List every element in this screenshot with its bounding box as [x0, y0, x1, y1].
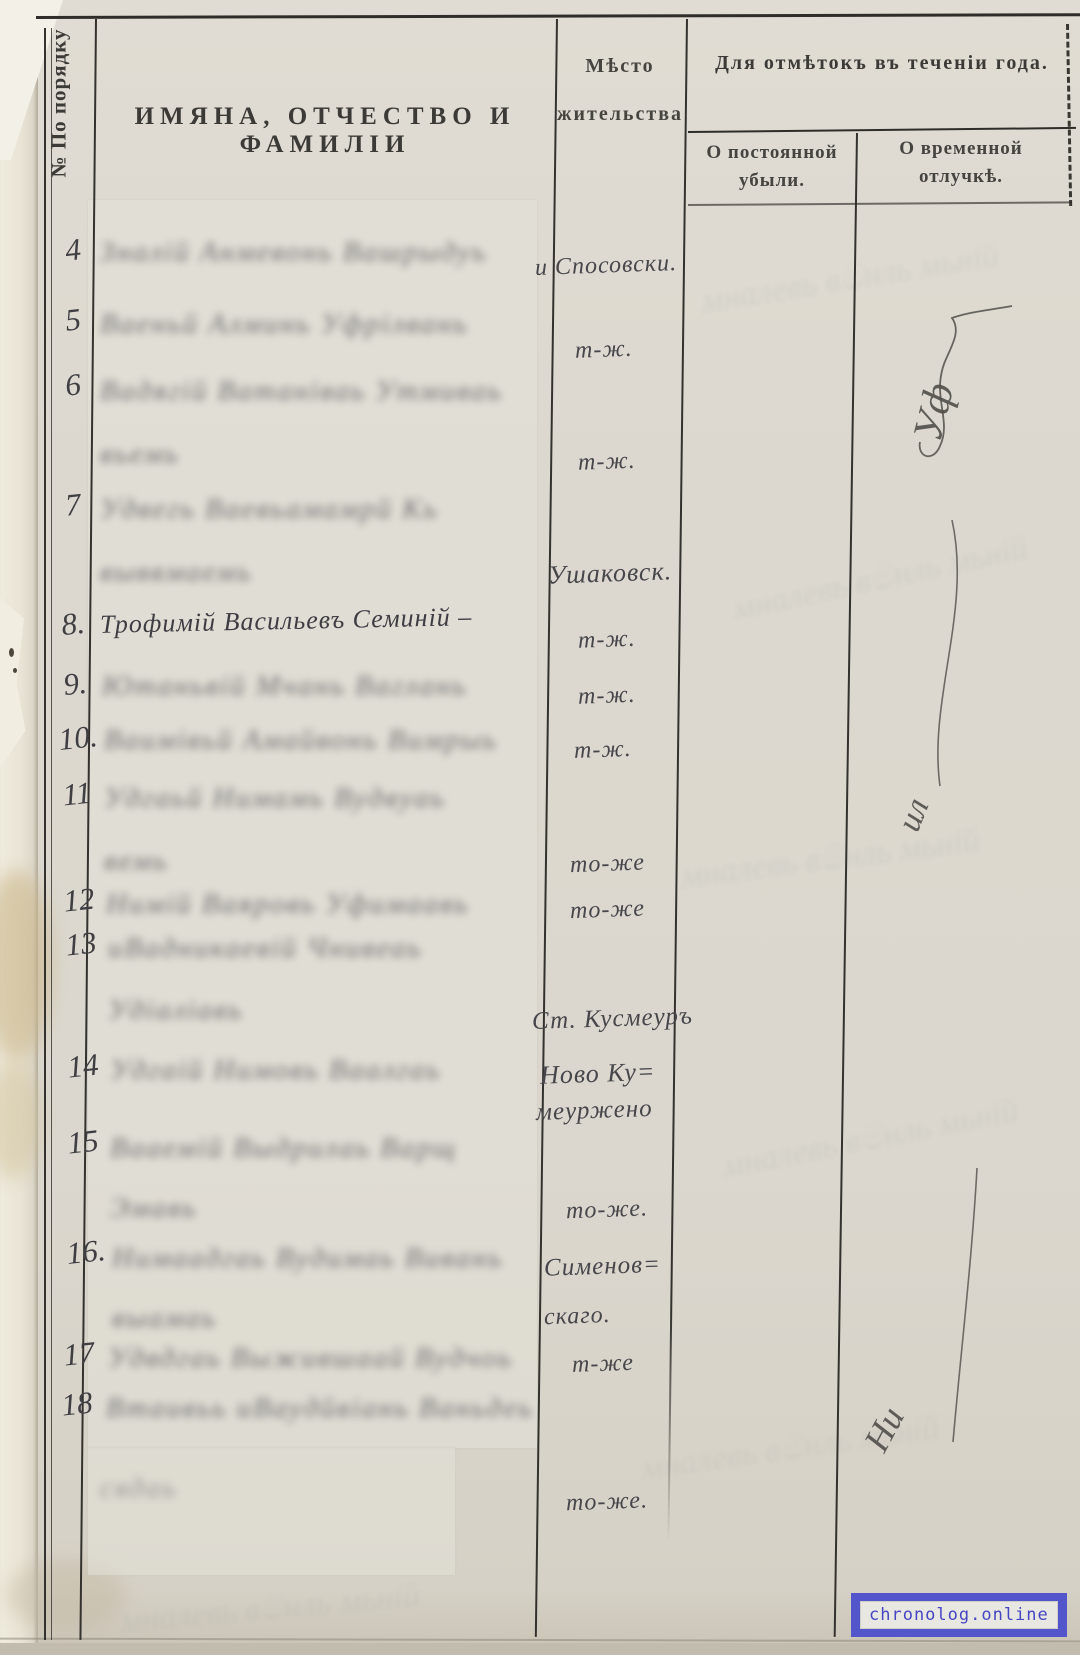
place-cell: то-же	[570, 894, 691, 925]
name-cell-blurred: Удіаліавь	[108, 994, 288, 1027]
row-number: 14	[58, 1046, 108, 1087]
name-cell-blurred: Нимаадгаь Вудимаь Вивань	[112, 1242, 542, 1275]
pencil-mark-1: Уф	[904, 378, 965, 446]
row-number: 4	[48, 230, 98, 271]
place-cell: Ново Ку=	[540, 1055, 701, 1091]
row-number: 18	[52, 1384, 102, 1425]
place-cell: и Спосовски.	[535, 249, 706, 282]
name-cell-blurred: вемь	[104, 845, 224, 878]
name-cell-blurred: выввмаемь	[100, 556, 300, 589]
place-cell: т-ж.	[575, 334, 676, 364]
paper-speck	[13, 668, 17, 673]
column-header-temporary-1: О временной	[866, 138, 1056, 160]
table-vertical-rule	[834, 133, 858, 1637]
paper-speck	[9, 648, 14, 657]
name-cell-blurred: вьемь	[100, 438, 230, 471]
name-cell-blurred: Зналій Анмевонь Вашрыдуь	[100, 236, 560, 269]
name-cell-blurred: Вааемій Выдрилаь Варщ	[110, 1132, 540, 1165]
name-cell-blurred: Удвдгаь Выжившаай Вудчоь	[108, 1342, 538, 1375]
row-number: 10.	[50, 717, 105, 758]
place-cell: то-же	[570, 848, 691, 879]
name-cell-blurred: свдаь	[100, 1472, 270, 1505]
row-number: 7	[48, 485, 98, 526]
name-cell-blurred: Удгаій Нимовь Ваалгаь	[110, 1054, 540, 1087]
name-cell-blurred: выамаь	[112, 1302, 242, 1335]
row-number: 8.	[48, 604, 98, 645]
column-header-number: № По порядку	[47, 48, 72, 178]
ink-bleedthrough: мналевь вමнль мьній	[699, 237, 1002, 322]
place-cell: то-же.	[566, 1194, 697, 1226]
place-cell: Ст. Кусмеуръ	[532, 1002, 708, 1036]
watermark-text: chronolog.online	[869, 1605, 1049, 1625]
name-cell-blurred: иВадникаевій Чнивеаь	[108, 932, 538, 965]
name-cell-blurred: Вадягій Ватаніваь Утмиваь	[100, 375, 540, 408]
ink-bleedthrough: мналевь вමнль мьній	[679, 822, 982, 896]
privacy-blur-region	[88, 1448, 455, 1575]
place-cell: Ушаковск.	[548, 555, 699, 590]
column-header-marks: Для отмѣтокъ въ теченіи года.	[692, 52, 1072, 75]
place-cell: т-же	[572, 1348, 683, 1379]
ink-bleedthrough: мналевь вමнль мьній	[729, 529, 1031, 629]
row-number: 9.	[50, 664, 100, 705]
watermark-inner-box: chronolog.online	[860, 1601, 1058, 1629]
row-number: 17	[54, 1334, 104, 1375]
place-cell-line2: меуржено	[536, 1093, 707, 1127]
place-cell: т-ж.	[574, 734, 685, 765]
place-cell: Сименов=	[544, 1249, 705, 1283]
name-cell-blurred: Нимій Ваяровь Уфимаавь	[106, 888, 546, 921]
column-header-names: ИМЯНА, ОТЧЕСТВО И ФАМИЛІИ	[100, 103, 550, 159]
paper-fold-line	[0, 1638, 1080, 1643]
ink-bleedthrough: мналевь вමнль мьній	[119, 1577, 422, 1641]
name-cell-blurred: Ваимівьй Амайвонь Вимрыь	[104, 724, 544, 757]
name-cell-blurred: Эмавь	[110, 1192, 220, 1225]
place-cell: т-ж.	[578, 446, 679, 476]
name-cell-blurred: Удгаьй Нимамь Вудвуаь	[104, 782, 544, 815]
place-cell: т-ж.	[578, 680, 679, 710]
row-number: 11	[52, 774, 102, 815]
column-header-place-1: Мѣсто	[556, 55, 684, 78]
place-cell-line2: скаго.	[544, 1300, 675, 1332]
name-cell-blurred: Ютаньвій Мчань Ваглань	[102, 670, 542, 703]
ink-bleedthrough: мналевь вමнль мьній	[719, 1092, 1021, 1187]
row-number: 13	[56, 924, 106, 965]
document-page: мналевь вමнль мьній мналевь вමнль мьній …	[0, 0, 1080, 1655]
paper-torn-left-edge	[0, 0, 38, 1655]
place-cell: т-ж.	[578, 624, 679, 654]
place-cell: то-же.	[566, 1486, 697, 1518]
column-header-place-2: жительства	[552, 103, 688, 126]
column-header-temporary-2: отлучкѣ.	[866, 166, 1056, 188]
column-header-permanent-2: убыли.	[692, 170, 852, 192]
row-number: 16.	[58, 1231, 113, 1272]
name-cell-blurred: Удвегь Ваевьамамрй Кь	[100, 493, 540, 526]
row-number: 15	[58, 1122, 108, 1163]
column-header-permanent-1: О постоянной	[692, 142, 852, 164]
name-cell-blurred: Втаивьь иВаудйвіань Ваньдеь	[106, 1392, 536, 1425]
row-number: 5	[48, 300, 98, 341]
table-vertical-rule	[44, 28, 46, 1640]
row-number: 6	[48, 365, 98, 406]
row-number: 12	[54, 880, 104, 921]
subheader-underline	[688, 201, 1072, 206]
paper-bottom-edge	[0, 1643, 1080, 1655]
watermark-frame: chronolog.online	[851, 1593, 1067, 1637]
name-cell-blurred: Ваеньй Алминь Уфрілвань	[100, 308, 540, 341]
marks-header-underline	[688, 127, 1076, 133]
